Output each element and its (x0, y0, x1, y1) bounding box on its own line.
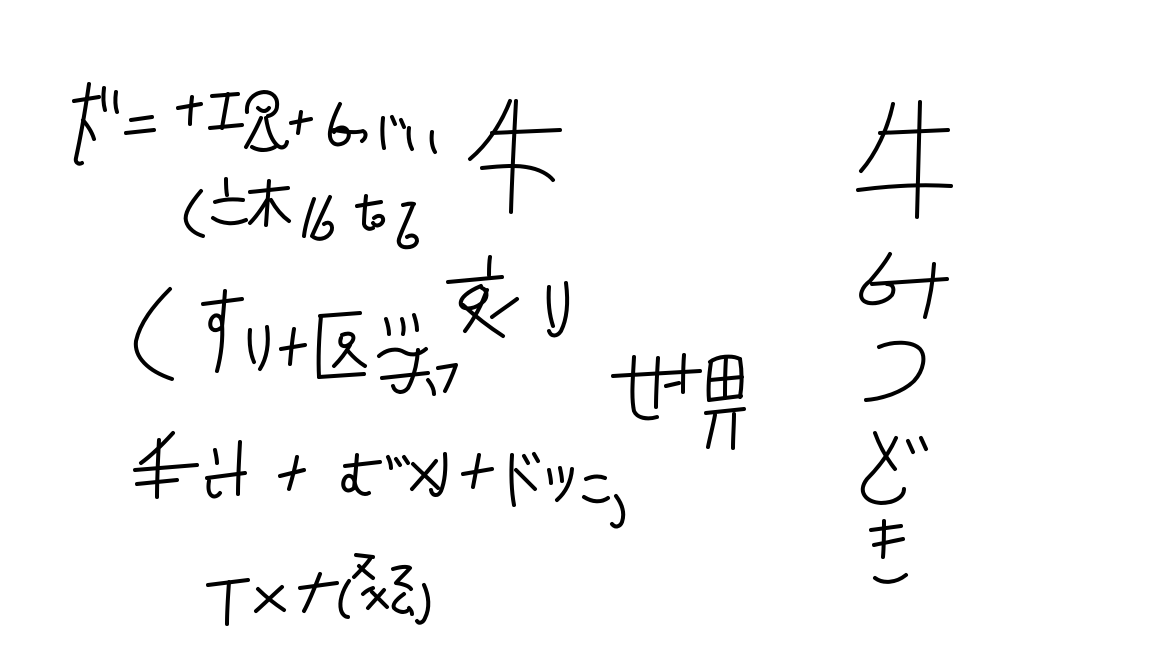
handwriting-sekai (613, 355, 744, 448)
handwriting-kusuri-igaku (136, 289, 456, 394)
handwriting-line2 (186, 179, 417, 247)
handwriting-i-ri-label (448, 257, 567, 336)
handwriting-ushimitsudoki-vertical (858, 102, 951, 582)
handwriting-line1-top-left (74, 84, 435, 164)
handwriting-ka-ore-dokko (135, 433, 623, 526)
drawing-canvas[interactable] (0, 0, 1152, 648)
drawing-svg (0, 0, 1152, 648)
handwriting-big-ushi (470, 101, 560, 212)
handwriting-formula-bottom (208, 555, 428, 624)
